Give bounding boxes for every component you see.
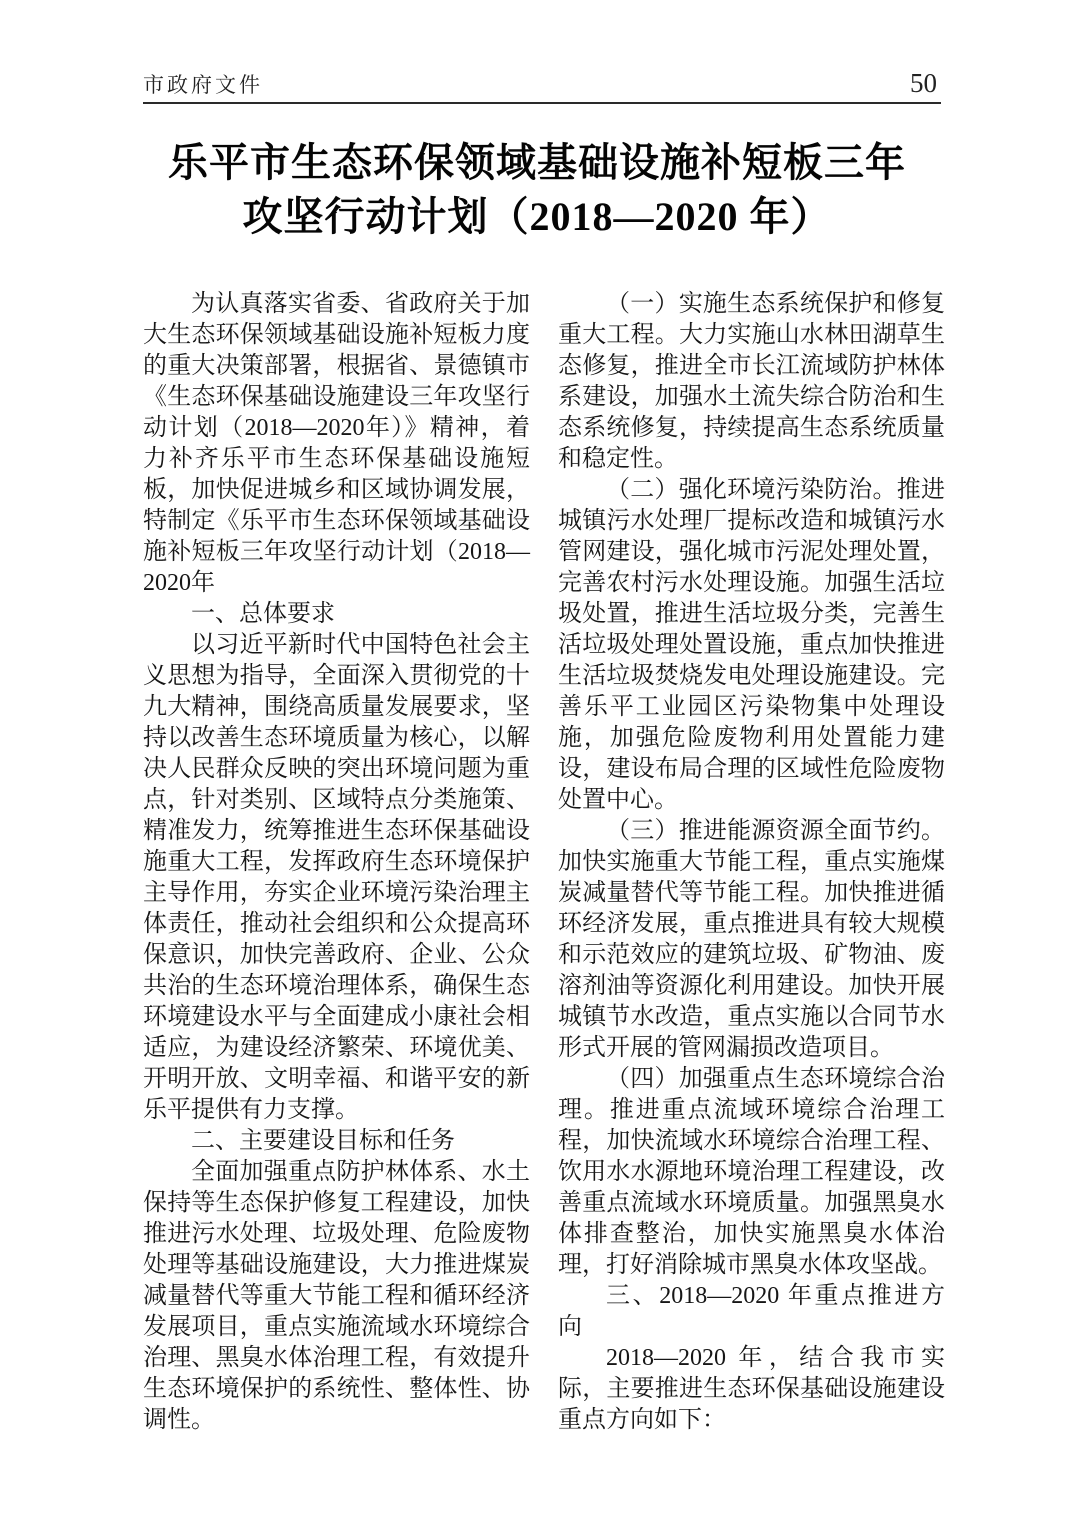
paragraph-main-goals: 全面加强重点防护林体系、水土保持等生态保护修复工程建设，加快推进污水处理、垃圾处… — [143, 1157, 530, 1436]
document-page: 市政府文件 50 乐平市生态环保领域基础设施补短板三年 攻坚行动计划（2018—… — [0, 0, 1074, 1520]
page-number: 50 — [910, 68, 941, 99]
paragraph-intro: 为认真落实省委、省政府关于加大生态环保领域基础设施补短板力度的重大决策部署，根据… — [143, 289, 530, 599]
document-title-line2: 攻坚行动计划（2018—2020 年） — [115, 190, 959, 244]
paragraph-item-1-ecosystem-protection: （一）实施生态系统保护和修复重大工程。大力实施山水林田湖草生态修复，推进全市长江… — [558, 289, 945, 475]
document-title-line1: 乐平市生态环保领域基础设施补短板三年 — [115, 136, 959, 190]
left-column: 为认真落实省委、省政府关于加大生态环保领域基础设施补短板力度的重大决策部署，根据… — [143, 289, 530, 1436]
two-column-body: 为认真落实省委、省政府关于加大生态环保领域基础设施补短板力度的重大决策部署，根据… — [143, 289, 945, 1436]
header-rule — [143, 102, 941, 104]
paragraph-key-directions: 2018—2020 年，结合我市实际，主要推进生态环保基础设施建设重点方向如下： — [558, 1343, 945, 1436]
paragraph-item-2-pollution-control: （二）强化环境污染防治。推进城镇污水处理厂提标改造和城镇污水管网建设，强化城市污… — [558, 475, 945, 816]
header-doc-category: 市政府文件 — [143, 69, 263, 99]
paragraph-general-requirements: 以习近平新时代中国特色社会主义思想为指导，全面深入贯彻党的十九大精神，围绕高质量… — [143, 630, 530, 1126]
paragraph-item-3-energy-conservation: （三）推进能源资源全面节约。加快实施重大节能工程，重点实施煤炭减量替代等节能工程… — [558, 816, 945, 1064]
section-heading-2: 二、主要建设目标和任务 — [143, 1126, 530, 1157]
paragraph-item-4-comprehensive-treatment: （四）加强重点生态环境综合治理。推进重点流域环境综合治理工程，加快流域水环境综合… — [558, 1064, 945, 1281]
right-column: （一）实施生态系统保护和修复重大工程。大力实施山水林田湖草生态修复，推进全市长江… — [558, 289, 945, 1436]
page-header: 市政府文件 50 — [143, 68, 941, 99]
document-title: 乐平市生态环保领域基础设施补短板三年 攻坚行动计划（2018—2020 年） — [115, 136, 959, 244]
section-heading-1: 一、总体要求 — [143, 599, 530, 630]
section-heading-3: 三、2018—2020 年重点推进方向 — [558, 1281, 945, 1343]
